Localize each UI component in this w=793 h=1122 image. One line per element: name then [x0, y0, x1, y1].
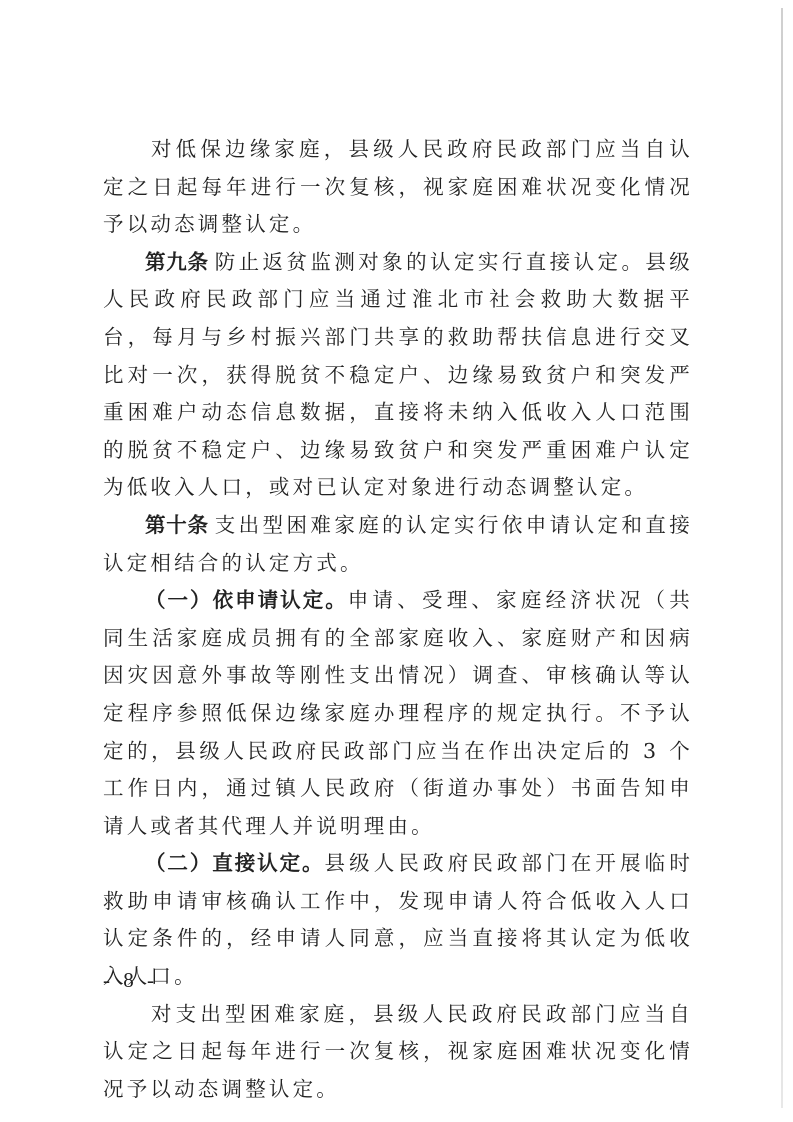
clause-application-based: （一）依申请认定。申请、受理、家庭经济状况（共同生活家庭成员拥有的全部家庭收入、…	[103, 582, 693, 845]
article-9-text: 防止返贫监测对象的认定实行直接认定。县级人民政府民政部门应当通过淮北市社会救助大…	[103, 250, 693, 500]
page-number: - 8 -	[103, 968, 158, 993]
document-body: 对低保边缘家庭，县级人民政府民政部门应当自认定之日起每年进行一次复核，视家庭困难…	[103, 131, 693, 1108]
clause-1-text: 申请、受理、家庭经济状况（共同生活家庭成员拥有的全部家庭收入、家庭财产和因病因灾…	[103, 588, 693, 838]
article-9: 第九条防止返贫监测对象的认定实行直接认定。县级人民政府民政部门应当通过淮北市社会…	[103, 244, 693, 507]
paragraph-text: 对支出型困难家庭，县级人民政府民政部门应当自认定之日起每年进行一次复核，视家庭困…	[103, 1002, 693, 1101]
article-10: 第十条支出型困难家庭的认定实行依申请认定和直接认定相结合的认定方式。	[103, 507, 693, 582]
clause-1-heading: （一）依申请认定。	[145, 588, 348, 612]
paragraph-marginal-family-review: 对低保边缘家庭，县级人民政府民政部门应当自认定之日起每年进行一次复核，视家庭困难…	[103, 131, 693, 244]
scanned-page-edge	[781, 8, 783, 1108]
paragraph-expenditure-family-review: 对支出型困难家庭，县级人民政府民政部门应当自认定之日起每年进行一次复核，视家庭困…	[103, 996, 693, 1109]
paragraph-text: 对低保边缘家庭，县级人民政府民政部门应当自认定之日起每年进行一次复核，视家庭困难…	[103, 137, 693, 236]
article-9-heading: 第九条	[145, 250, 209, 274]
article-10-heading: 第十条	[145, 513, 209, 537]
clause-2-heading: （二）直接认定。	[145, 851, 324, 875]
clause-direct: （二）直接认定。县级人民政府民政部门在开展临时救助申请审核确认工作中，发现申请人…	[103, 845, 693, 995]
